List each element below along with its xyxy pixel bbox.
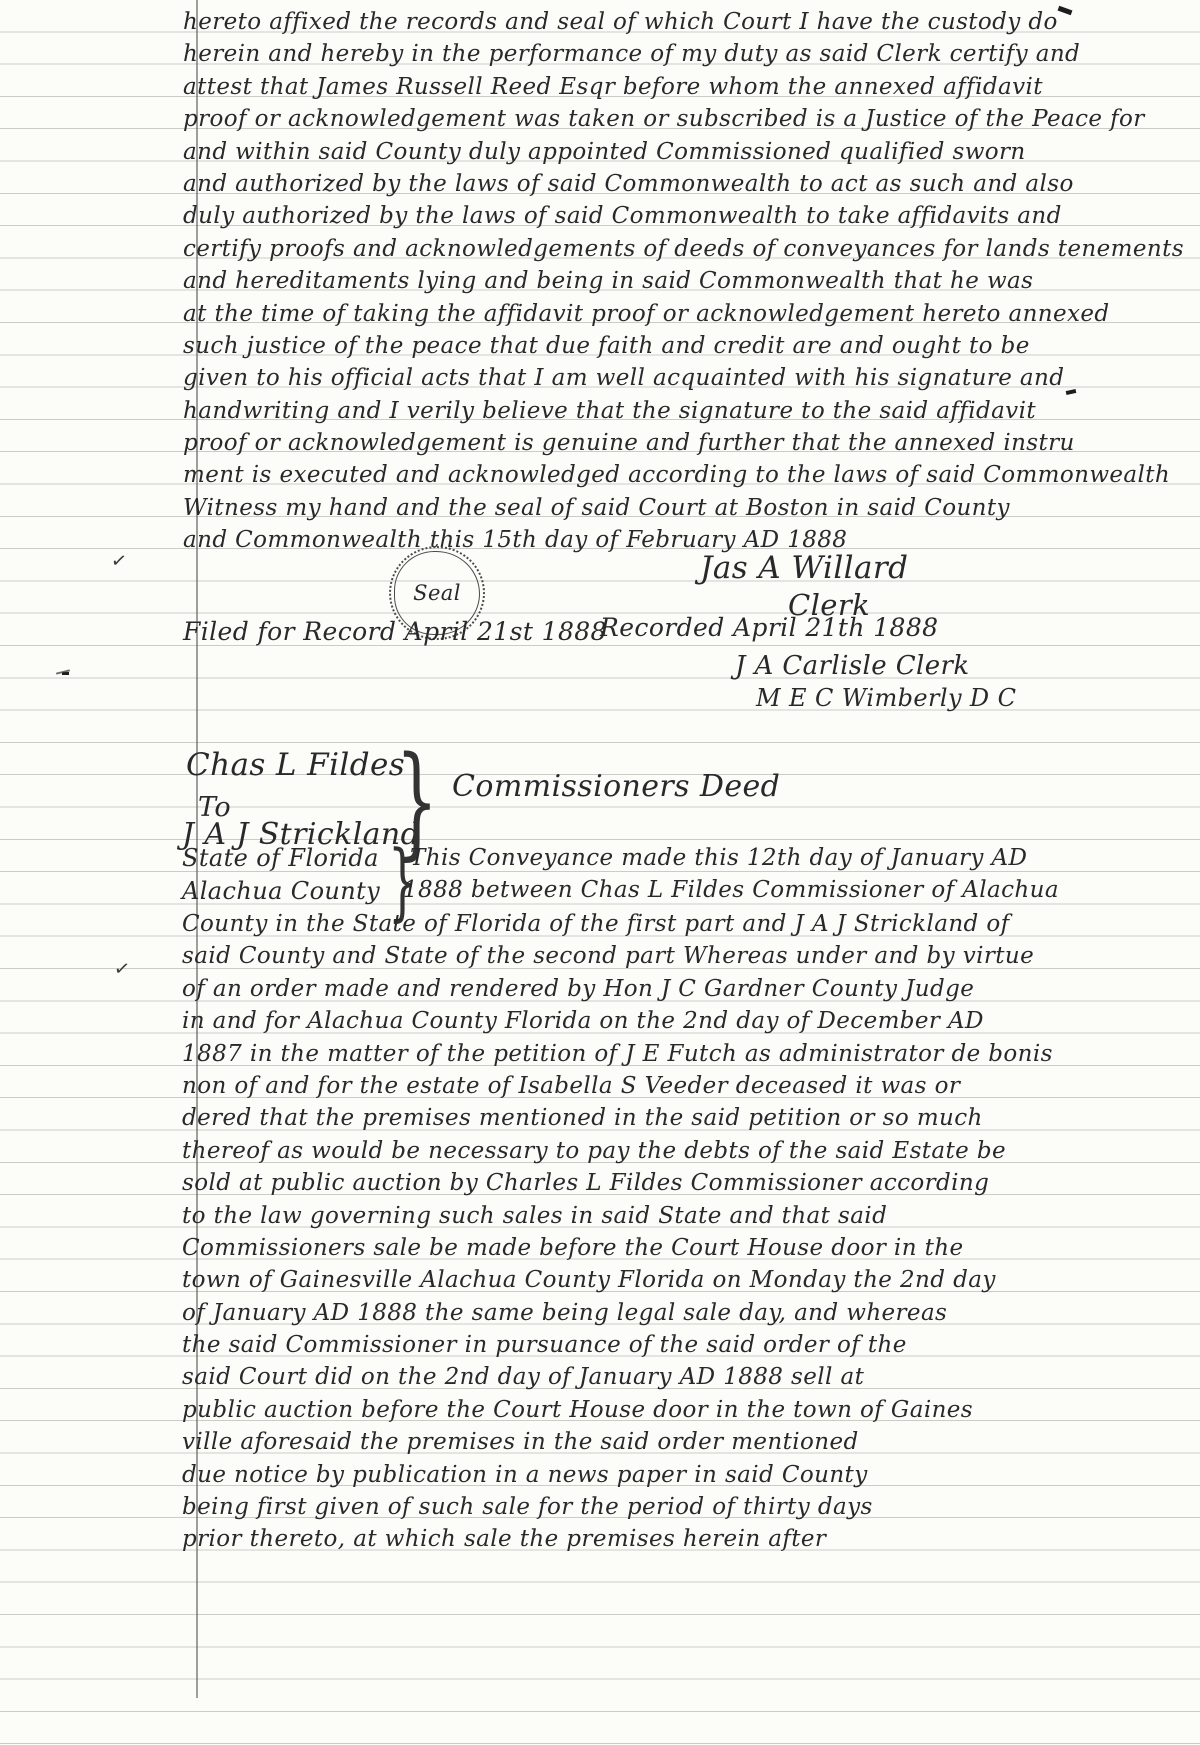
handwritten-line: being first given of such sale for the p… bbox=[182, 1491, 1053, 1523]
handwritten-line: such justice of the peace that due faith… bbox=[183, 330, 1184, 362]
handwritten-line: due notice by publication in a news pape… bbox=[182, 1459, 1053, 1491]
handwritten-line: at the time of taking the affidavit proo… bbox=[183, 298, 1184, 330]
handwritten-line: sold at public auction by Charles L Fild… bbox=[182, 1167, 1053, 1199]
margin-check-mark: ✓ bbox=[110, 549, 129, 573]
handwritten-line: proof or acknowledgement was taken or su… bbox=[183, 103, 1184, 135]
handwritten-line: and authorized by the laws of said Commo… bbox=[183, 168, 1184, 200]
deed-body-text: County in the State of Florida of the fi… bbox=[182, 908, 1053, 1556]
handwritten-line: proof or acknowledgement is genuine and … bbox=[183, 427, 1184, 459]
handwritten-line: Commissioners sale be made before the Co… bbox=[182, 1232, 1053, 1264]
handwritten-line: given to his official acts that I am wel… bbox=[183, 362, 1184, 394]
handwritten-line: herein and hereby in the performance of … bbox=[183, 38, 1184, 70]
handwritten-line: of January AD 1888 the same being legal … bbox=[182, 1297, 1053, 1329]
handwritten-line: the said Commissioner in pursuance of th… bbox=[182, 1329, 1053, 1361]
handwritten-line: dered that the premises mentioned in the… bbox=[182, 1102, 1053, 1134]
filed-for-record-note: Filed for Record April 21st 1888 bbox=[183, 617, 607, 646]
handwritten-line: attest that James Russell Reed Esqr befo… bbox=[183, 71, 1184, 103]
recording-clerk-signature: J A Carlisle Clerk bbox=[735, 651, 969, 681]
handwritten-line: thereof as would be necessary to pay the… bbox=[182, 1135, 1053, 1167]
handwritten-line: in and for Alachua County Florida on the… bbox=[182, 1005, 1053, 1037]
margin-check-mark: ✓ bbox=[113, 957, 132, 981]
clerk-certificate-text: hereto affixed the records and seal of w… bbox=[183, 6, 1184, 557]
recorded-note: Recorded April 21th 1888 bbox=[600, 613, 938, 642]
handwritten-line: County in the State of Florida of the fi… bbox=[182, 908, 1053, 940]
handwritten-line: Witness my hand and the seal of said Cou… bbox=[183, 492, 1184, 524]
handwritten-line: and hereditaments lying and being in sai… bbox=[183, 265, 1184, 297]
grantor-name: Chas L Fildes bbox=[186, 747, 405, 783]
handwritten-line: town of Gainesville Alachua County Flori… bbox=[182, 1264, 1053, 1296]
handwritten-line: public auction before the Court House do… bbox=[182, 1394, 1053, 1426]
seal-label: Seal bbox=[413, 581, 461, 605]
handwritten-line: handwriting and I verily believe that th… bbox=[183, 395, 1184, 427]
deed-opening-line: This Conveyance made this 12th day of Ja… bbox=[410, 845, 1027, 871]
clerk-signature: Jas A Willard bbox=[700, 550, 908, 586]
state-label: State of Florida bbox=[182, 844, 379, 872]
handwritten-line: said County and State of the second part… bbox=[182, 940, 1053, 972]
handwritten-line: 1887 in the matter of the petition of J … bbox=[182, 1038, 1053, 1070]
handwritten-line: ment is executed and acknowledged accord… bbox=[183, 459, 1184, 491]
handwritten-line: of an order made and rendered by Hon J C… bbox=[182, 973, 1053, 1005]
county-label: Alachua County bbox=[182, 877, 380, 905]
handwritten-line: non of and for the estate of Isabella S … bbox=[182, 1070, 1053, 1102]
handwritten-line: prior thereto, at which sale the premise… bbox=[182, 1523, 1053, 1555]
handwritten-line: certify proofs and acknowledgements of d… bbox=[183, 233, 1184, 265]
handwritten-line: hereto affixed the records and seal of w… bbox=[183, 6, 1184, 38]
handwritten-line: and within said County duly appointed Co… bbox=[183, 136, 1184, 168]
deed-book-page: ✓ ✓ hereto affixed the records and seal … bbox=[0, 0, 1200, 1745]
handwritten-line: said Court did on the 2nd day of January… bbox=[182, 1361, 1053, 1393]
deputy-clerk-signature: M E C Wimberly D C bbox=[756, 684, 1016, 712]
handwritten-line: ville aforesaid the premises in the said… bbox=[182, 1426, 1053, 1458]
handwritten-line: to the law governing such sales in said … bbox=[182, 1200, 1053, 1232]
handwritten-line: duly authorized by the laws of said Comm… bbox=[183, 200, 1184, 232]
deed-title: Commissioners Deed bbox=[452, 769, 780, 804]
deed-opening-line: 1888 between Chas L Fildes Commissioner … bbox=[403, 877, 1059, 903]
handwritten-line: and Commonwealth this 15th day of Februa… bbox=[183, 524, 1184, 556]
